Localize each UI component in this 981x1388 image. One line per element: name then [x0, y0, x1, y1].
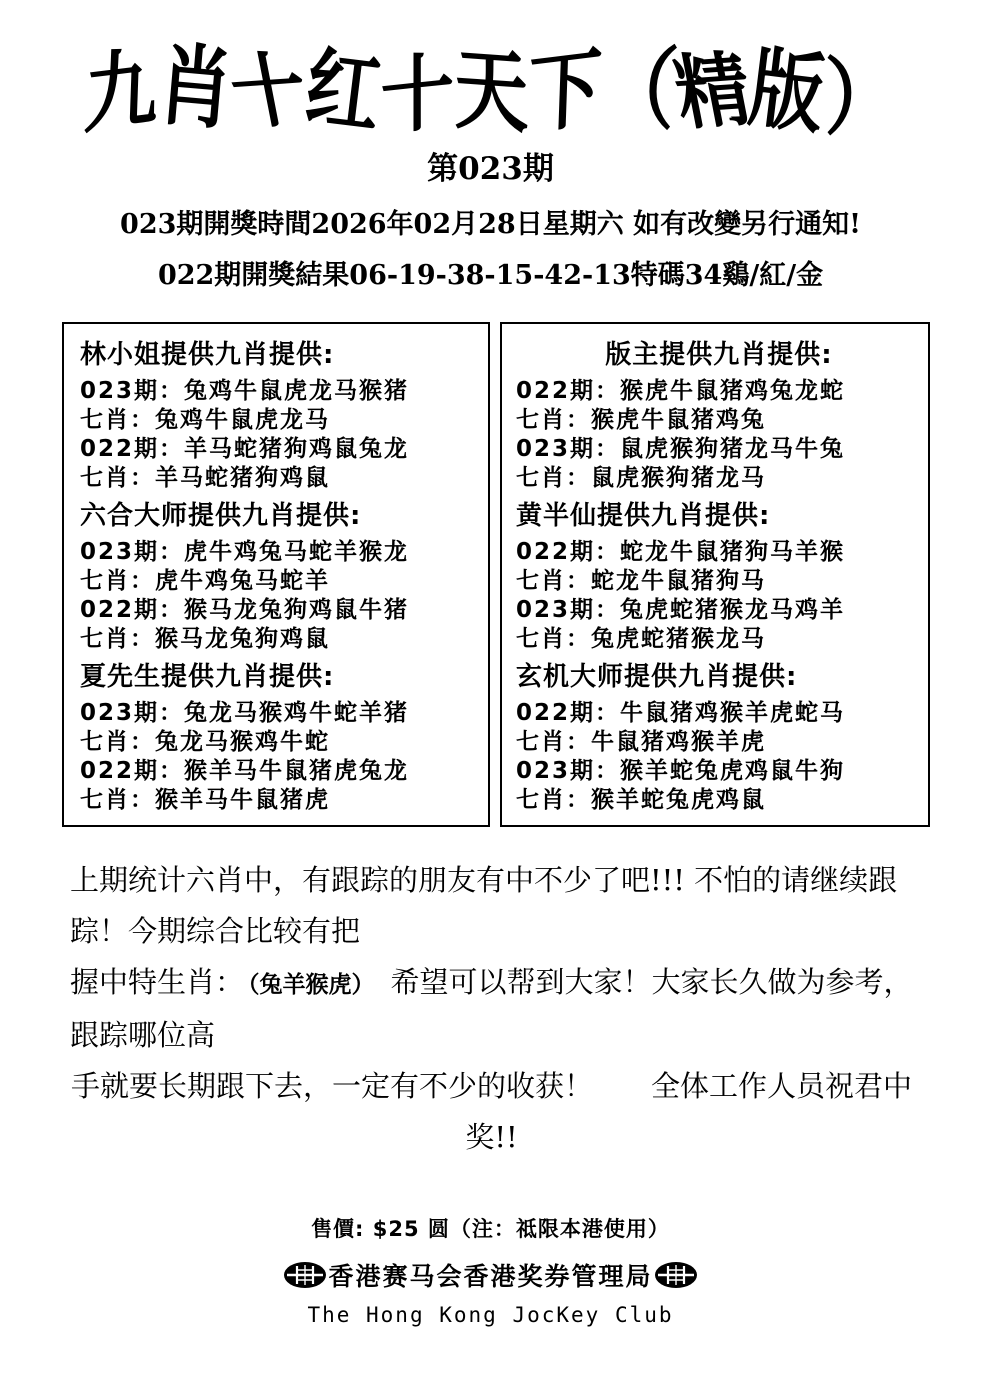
note-line-2: 握中特生肖：（兔羊猴虎）希望可以帮到大家！大家长久做为参考，跟踪哪位高 — [70, 957, 913, 1061]
tip-row: 023期：兔龙马猴鸡牛蛇羊猪 — [80, 699, 482, 728]
provider-header: 黄半仙提供九肖提供: — [516, 500, 922, 533]
organization-line: 香港赛马会香港奖券管理局 — [0, 1257, 981, 1293]
tip-row: 023期：兔鸡牛鼠虎龙马猴猪 — [80, 377, 482, 406]
tip-row: 七肖：兔虎蛇猪猴龙马 — [516, 625, 922, 654]
provider-header: 夏先生提供九肖提供: — [80, 661, 482, 694]
tip-row: 022期：蛇龙牛鼠猪狗马羊猴 — [516, 538, 922, 567]
tips-board: 林小姐提供九肖提供: 023期：兔鸡牛鼠虎龙马猴猪 七肖：兔鸡牛鼠虎龙马 022… — [62, 322, 930, 827]
tip-row: 七肖：兔鸡牛鼠虎龙马 — [80, 406, 482, 435]
english-org-line: The Hong Kong JocKey Club — [0, 1303, 981, 1327]
provider-header: 林小姐提供九肖提供: — [80, 339, 482, 372]
tip-row: 022期：猴羊马牛鼠猪虎兔龙 — [80, 757, 482, 786]
tip-row: 七肖：虎牛鸡兔马蛇羊 — [80, 567, 482, 596]
tip-row: 023期：兔虎蛇猪猴龙马鸡羊 — [516, 596, 922, 625]
tip-row: 023期：猴羊蛇兔虎鸡鼠牛狗 — [516, 757, 922, 786]
price-line: 售價: $25 圆（注：祗限本港使用） — [0, 1213, 981, 1243]
page-title: 九肖十红十天下（精版） — [0, 46, 981, 139]
provider-section-banzhu: 版主提供九肖提供: 022期：猴虎牛鼠猪鸡兔龙蛇 七肖：猴虎牛鼠猪鸡兔 023期… — [516, 339, 922, 493]
tip-row: 022期：羊马蛇猪狗鸡鼠兔龙 — [80, 435, 482, 464]
provider-section-xiaxiansheng: 夏先生提供九肖提供: 023期：兔龙马猴鸡牛蛇羊猪 七肖：兔龙马猴鸡牛蛇 022… — [80, 661, 482, 815]
tip-row: 023期：鼠虎猴狗猪龙马牛兔 — [516, 435, 922, 464]
organization-text: 香港赛马会香港奖券管理局 — [328, 1257, 652, 1293]
tip-row: 七肖：猴虎牛鼠猪鸡兔 — [516, 406, 922, 435]
tip-row: 022期：猴虎牛鼠猪鸡兔龙蛇 — [516, 377, 922, 406]
provider-section-xuanjidashi: 玄机大师提供九肖提供: 022期：牛鼠猪鸡猴羊虎蛇马 七肖：牛鼠猪鸡猴羊虎 02… — [516, 661, 922, 815]
flyer-page: 九肖十红十天下（精版） 第023期 023期開獎時間2026年02月28日星期六… — [0, 0, 981, 1388]
hkjc-logo-icon — [283, 1261, 327, 1289]
note-line-3: 手就要长期跟下去，一定有不少的收获！ 全体工作人员祝君中奖!! — [70, 1061, 913, 1163]
last-result-line: 022期開獎結果06-19-38-15-42-13特碼34鷄/紅/金 — [0, 253, 981, 292]
tip-row: 七肖：牛鼠猪鸡猴羊虎 — [516, 728, 922, 757]
note-line-1: 上期统计六肖中，有跟踪的朋友有中不少了吧!!! 不怕的请继续跟踪！今期综合比较有… — [70, 855, 913, 957]
provider-section-liuhedashi: 六合大师提供九肖提供: 023期：虎牛鸡兔马蛇羊猴龙 七肖：虎牛鸡兔马蛇羊 02… — [80, 500, 482, 654]
hkjc-logo-icon — [654, 1261, 698, 1289]
tip-row: 022期：猴马龙兔狗鸡鼠牛猪 — [80, 596, 482, 625]
note-line-2-pre: 握中特生肖： — [70, 965, 244, 999]
tips-column-left: 林小姐提供九肖提供: 023期：兔鸡牛鼠虎龙马猴猪 七肖：兔鸡牛鼠虎龙马 022… — [62, 322, 490, 827]
tip-row: 七肖：蛇龙牛鼠猪狗马 — [516, 567, 922, 596]
tip-row: 022期：牛鼠猪鸡猴羊虎蛇马 — [516, 699, 922, 728]
provider-section-huangbanxian: 黄半仙提供九肖提供: 022期：蛇龙牛鼠猪狗马羊猴 七肖：蛇龙牛鼠猪狗马 023… — [516, 500, 922, 654]
tip-row: 七肖：兔龙马猴鸡牛蛇 — [80, 728, 482, 757]
tip-row: 七肖：猴羊马牛鼠猪虎 — [80, 786, 482, 815]
tip-row: 023期：虎牛鸡兔马蛇羊猴龙 — [80, 538, 482, 567]
provider-header: 六合大师提供九肖提供: — [80, 500, 482, 533]
provider-header: 玄机大师提供九肖提供: — [516, 661, 922, 694]
tip-row: 七肖：鼠虎猴狗猪龙马 — [516, 464, 922, 493]
special-zodiac-pick: （兔羊猴虎） — [248, 971, 375, 998]
draw-time-line: 023期開獎時間2026年02月28日星期六 如有改變另行通知! — [0, 202, 981, 241]
tip-row: 七肖：猴马龙兔狗鸡鼠 — [80, 625, 482, 654]
summary-note: 上期统计六肖中，有跟踪的朋友有中不少了吧!!! 不怕的请继续跟踪！今期综合比较有… — [70, 855, 913, 1163]
tip-row: 七肖：羊马蛇猪狗鸡鼠 — [80, 464, 482, 493]
provider-section-linxiaojie: 林小姐提供九肖提供: 023期：兔鸡牛鼠虎龙马猴猪 七肖：兔鸡牛鼠虎龙马 022… — [80, 339, 482, 493]
tips-column-right: 版主提供九肖提供: 022期：猴虎牛鼠猪鸡兔龙蛇 七肖：猴虎牛鼠猪鸡兔 023期… — [500, 322, 930, 827]
provider-header: 版主提供九肖提供: — [516, 339, 922, 372]
tip-row: 七肖：猴羊蛇兔虎鸡鼠 — [516, 786, 922, 815]
